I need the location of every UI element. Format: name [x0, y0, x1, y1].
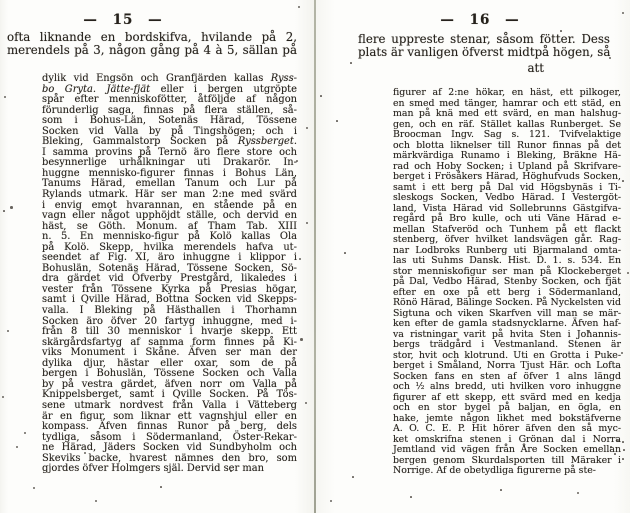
text-segment: Tanums Härad, emellan Tanum och Lur på	[42, 178, 297, 189]
page-16-number-header: — 16 —	[407, 12, 553, 28]
text-segment: land, Vista Härad vid Sollebrunns Gästgi…	[393, 203, 621, 214]
text-segment: och blotta liknelser till Runor finnas p…	[393, 140, 621, 151]
page-16-footnote-text: figurer af 2:ne hökar, en häst, ett pilk…	[393, 88, 621, 477]
text-segment: stor, hvit och klotrund. Uti en Grotta i…	[393, 350, 621, 361]
page-16: — 16 — flere uppreste stenar, såsom fött…	[315, 0, 630, 513]
text-segment: stenberg, öfver hvilket landsvägen går. …	[393, 234, 621, 245]
text-segment: mellan Stafveröd och Tunhem på ett flack…	[393, 224, 621, 235]
text-segment: figurer af ett skepp, ett svärd med en k…	[393, 392, 621, 403]
text-segment: kompass. Äfven finnas Runor på berg, del…	[42, 421, 297, 432]
text-segment: ofta liknande en bordskifva, hvilande på…	[7, 30, 297, 44]
text-segment: valla. I Bleking på Hästhallen i Thorham…	[42, 305, 297, 316]
text-segment: plats är vanligen öfverst midtpå högen, …	[358, 45, 610, 59]
page-16-catchword: att	[358, 62, 610, 75]
book-page-scan: — 15 — ofta liknande en bordskifva, hvil…	[0, 0, 630, 513]
text-segment: vagn eller något upphöjdt ställe, och de…	[42, 210, 297, 221]
text-segment: ken efter de gamla stadsnycklarne. Äfven…	[393, 318, 621, 329]
text-segment: figurer af 2:ne hökar, en häst, ett pilk…	[393, 87, 621, 98]
text-segment: som i Bohus-Län, Sotenäs Härad, Tössene	[42, 115, 297, 126]
text-segment	[96, 84, 107, 95]
italic-text-segment: Jätte-fjät	[107, 84, 151, 95]
text-segment: spår efter menniskofötter, åtföljde af n…	[42, 94, 297, 105]
text-segment: sleskogs Socken, Vedbo Härad. I Vestergö…	[393, 192, 621, 203]
page-15-footnote-text: dylik vid Engsön och Granfjärden kallas …	[42, 74, 297, 475]
text-segment: va ristningar varit på hvita Sten i Joha…	[393, 329, 621, 340]
text-segment: Jemtland vid vägen från Åre Socken emell…	[393, 444, 621, 455]
text-segment: besynnerlige urhålkningar uti Drakarör. …	[42, 157, 297, 168]
text-segment: berget i Småland, Norra Tjust Här. och L…	[393, 360, 621, 371]
text-segment: ne Härad, Jäders Socken vid Sundbyholm o…	[42, 442, 297, 453]
text-segment: rad och Hoby Socken; i Upland på Skrifva…	[393, 161, 621, 172]
text-segment: hake, jemte någon likhet med bokstäfvern…	[393, 413, 621, 424]
text-segment: A. O. C. E. P. Hit hörer äfven den så my…	[393, 423, 621, 434]
text-segment: Knippelsberget, samt i Qville Socken. På…	[42, 389, 297, 400]
text-segment: efter en oxe på ett berg i Södermanland,	[393, 287, 621, 298]
text-segment: seendet af Fig. XI, äro inhuggne i klipp…	[42, 252, 297, 263]
page-15-number-header: — 15 —	[50, 12, 196, 28]
text-line: plats är vanligen öfverst midtpå högen, …	[358, 46, 610, 59]
text-segment: ket omskrifna stenen i Grönan dal i Norr…	[393, 434, 621, 445]
text-segment: Norrige. Af de obetydliga figurerne på s…	[393, 465, 596, 476]
text-segment: i envig emot hvarannan, en stående på en	[42, 200, 297, 211]
text-segment: bergen i Bohuslän, Tössene Socken och Va…	[42, 368, 297, 379]
text-segment: eller i bergen utgröpte	[150, 84, 297, 95]
text-segment: märkvärdiga Runamo i Bleking, Bräkne Hä-	[393, 150, 621, 161]
text-segment: dra gärdet vid Öfverby Prestgård, likale…	[42, 273, 297, 284]
text-segment: bergen genom Skurdalsporten till Märaker…	[393, 455, 621, 466]
text-segment: på Dal, Vedbo Härad, Stenby Socken, och …	[393, 276, 621, 287]
italic-text-segment: Ryss-	[271, 73, 297, 84]
text-segment: regård på Bro kulle, och uti Väne Härad …	[393, 213, 621, 224]
text-segment: förunderlig saga, finnas på flera ställe…	[42, 105, 297, 116]
text-segment: berget i Frösåkers Härad, Höghufvuds Soc…	[393, 171, 621, 182]
text-segment: man på knä med ett svärd, en man halshug…	[393, 108, 621, 119]
text-segment: sene utmark nordvest från Valla i Vätteb…	[42, 400, 297, 411]
text-segment: och en stor bygel på baljan, en ögla, en	[393, 402, 621, 413]
text-segment: las uti Suhms Dansk. Hist. D. 1. s. 534.…	[393, 255, 621, 266]
page-16-body-text: flere uppreste stenar, såsom fötter. Des…	[358, 33, 610, 59]
text-segment: bergs trädgård i Vestmanland. Stenen är	[393, 339, 621, 350]
italic-text-segment: Ryssberget.	[238, 136, 297, 147]
text-segment: Bleking, Gammalstorp Socken på	[42, 136, 238, 147]
text-segment: Sigtuna och viken Skarfven vill man se m…	[393, 308, 621, 319]
text-segment: samt i ett berg på Dal vid Högsbynäs i T…	[393, 182, 621, 193]
text-segment: Broocman Ingv. Sag s. 121. Tvifvelaktige	[393, 129, 621, 140]
text-segment: Rönö Härad, Bälinge Socken. På Nyckelste…	[393, 297, 621, 308]
page-15-body-text: ofta liknande en bordskifva, hvilande på…	[7, 31, 297, 57]
text-segment: samt i Qville Härad, Bottna Socken vid S…	[42, 294, 297, 305]
text-segment: en smed med tänger, hamrar och ett städ,…	[393, 98, 621, 109]
text-segment: nar Lodbroks Runberg uti Bjarmaland omta…	[393, 245, 621, 256]
text-segment: på Kolö. Skepp, hvilka merendels hafva u…	[42, 242, 297, 253]
text-segment: och ½ alns bredd, uti hvilken voro inhug…	[393, 381, 621, 392]
text-segment: häst, se Göth. Monum. af Tham Tab. XIII	[42, 221, 297, 232]
text-segment: från 8 till 30 menniskor i hvarje skepp.…	[42, 326, 297, 337]
text-segment: vester från Tössene Kyrka på Presias hög…	[42, 284, 297, 295]
page-15: — 15 — ofta liknande en bordskifva, hvil…	[0, 0, 315, 513]
text-segment: viks Monument i Skåne. Äfven ser man der	[42, 347, 297, 358]
text-segment: Rylands utmark. Här ser man 2:ne med svä…	[42, 189, 297, 200]
text-segment: dylik vid Engsön och Granfjärden kallas	[42, 73, 271, 84]
text-segment: Socken äro öfver 20 fartyg inhuggne, med…	[42, 316, 297, 327]
text-segment: gen, och en räf. Stället kallas Runberge…	[393, 119, 621, 130]
text-segment: n. 5. En mennisko-figur på Kolö kallas O…	[42, 231, 297, 242]
text-segment: stor menniskofigur ser man på Klockeberg…	[393, 266, 621, 277]
text-segment: merendels på 3, någon gång på 4 à 5, säl…	[7, 43, 297, 57]
text-segment: tydliga, såsom i Södermanland, Öster-Rek…	[42, 432, 297, 443]
text-segment: flere uppreste stenar, såsom fötter. Des…	[358, 32, 610, 46]
text-segment: Socken fans en sten af öfver 1 alns läng…	[393, 371, 621, 382]
text-segment: gjordes öfver Holmgers själ. Dervid ser …	[42, 463, 264, 474]
italic-text-segment: bo Gryta.	[42, 84, 96, 95]
text-line: Norrige. Af de obetydliga figurerne på s…	[393, 466, 621, 477]
text-line: merendels på 3, någon gång på 4 à 5, säl…	[7, 44, 297, 57]
text-segment: Skeviks backe, hvarest nämnes den bro, s…	[42, 453, 297, 464]
text-line: gjordes öfver Holmgers själ. Dervid ser …	[42, 464, 297, 475]
text-segment: dylika djur, hästar eller oxar, som de p…	[42, 358, 297, 369]
text-segment: är en figur, som liknar ett vagnshjul el…	[42, 411, 297, 422]
